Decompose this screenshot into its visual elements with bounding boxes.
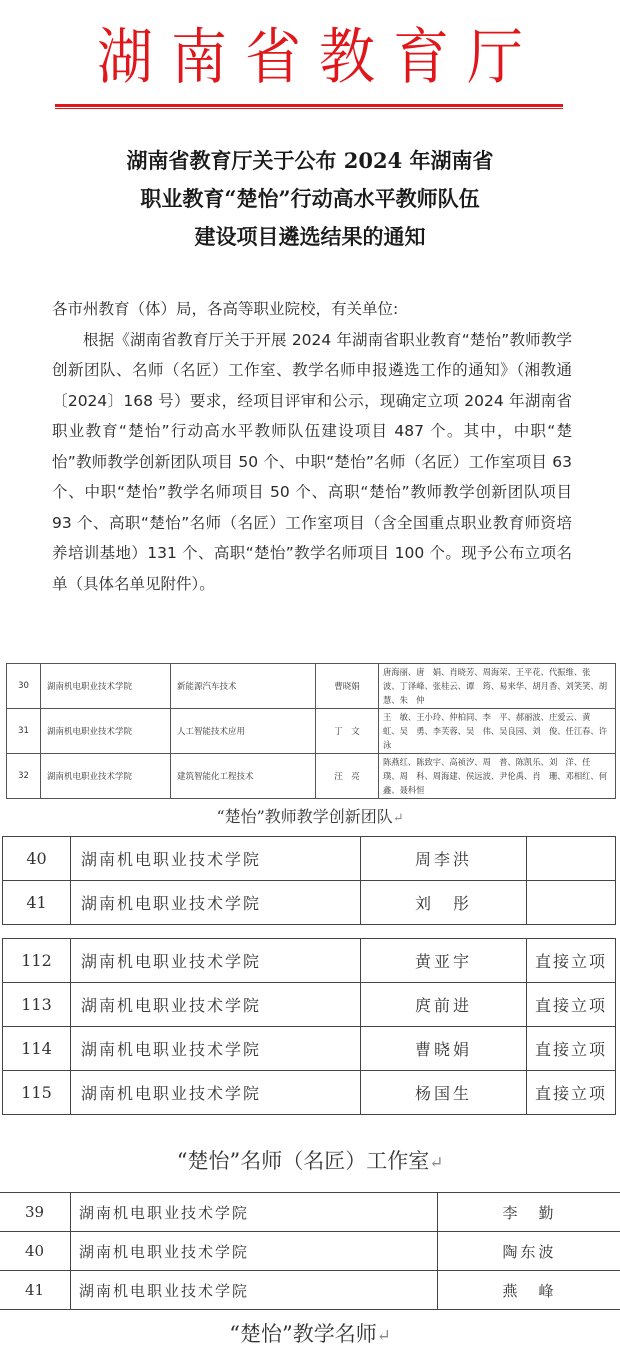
master-studios-table-a: 40 湖南机电职业技术学院 周李洪 41 湖南机电职业技术学院 刘 彤 [2,836,616,925]
letterhead: 湖 南 省 教 育 厅 [0,18,620,98]
caption-text: “楚怡”名师（名匠）工作室 [177,1149,429,1173]
title-line: 职业教育“楚怡”行动高水平教师队伍 [0,180,620,218]
table-row: 115 湖南机电职业技术学院 杨国生 直接立项 [3,1071,616,1115]
teacher-name: 燕 峰 [438,1271,620,1310]
innovation-teams-caption: “楚怡”教师教学创新团队↵ [0,806,620,830]
approval-status: 直接立项 [527,939,616,983]
salutation: 各市州教育（体）局，各高等职业院校，有关单位: [52,294,572,325]
caption-text: “楚怡”教学名师 [229,1322,376,1346]
row-number: 31 [7,709,41,754]
table-row: 41 湖南机电职业技术学院 刘 彤 [3,881,616,925]
school-name: 湖南机电职业技术学院 [71,1232,438,1271]
master-name: 杨国生 [361,1071,527,1115]
letterhead-char: 育 [384,28,458,88]
school-name: 湖南机电职业技术学院 [71,983,361,1027]
body-paragraph: 根据《湖南省教育厅关于开展 2024 年湖南省职业教育“楚怡”教师教学创新团队、… [52,325,572,600]
master-name: 刘 彤 [361,881,527,925]
letterhead-char: 南 [162,28,236,88]
team-leader: 曹晓娟 [316,664,379,709]
master-studios-caption: “楚怡”名师（名匠）工作室↵ [0,1146,620,1177]
master-name: 周李洪 [361,837,527,881]
approval-status: 直接立项 [527,983,616,1027]
table-row: 41 湖南机电职业技术学院 燕 峰 [0,1271,620,1310]
school-name: 湖南机电职业技术学院 [41,664,171,709]
row-number: 113 [3,983,71,1027]
team-leader: 丁 文 [316,709,379,754]
caption-text: “楚怡”教师教学创新团队 [216,807,392,826]
table-row: 40 湖南机电职业技术学院 周李洪 [3,837,616,881]
approval-status: 直接立项 [527,1071,616,1115]
school-name: 湖南机电职业技术学院 [71,939,361,983]
master-name: 黄亚宇 [361,939,527,983]
teaching-masters-table: 39 湖南机电职业技术学院 李 勤 40 湖南机电职业技术学院 陶东波 41 湖… [0,1192,620,1310]
row-number: 39 [0,1193,71,1232]
school-name: 湖南机电职业技术学院 [71,1071,361,1115]
paragraph-return-icon: ↵ [429,1152,443,1172]
row-number: 41 [3,881,71,925]
table-row: 114 湖南机电职业技术学院 曹晓娟 直接立项 [3,1027,616,1071]
school-name: 湖南机电职业技术学院 [71,1271,438,1310]
paragraph-return-icon: ↵ [377,1325,391,1345]
table-row: 39 湖南机电职业技术学院 李 勤 [0,1193,620,1232]
teacher-name: 李 勤 [438,1193,620,1232]
row-number: 40 [0,1232,71,1271]
row-number: 32 [7,754,41,799]
row-number: 115 [3,1071,71,1115]
document-body: 各市州教育（体）局，各高等职业院校，有关单位: 根据《湖南省教育厅关于开展 20… [52,294,572,599]
letterhead-char: 教 [310,28,384,88]
school-name: 湖南机电职业技术学院 [41,709,171,754]
teaching-masters-caption: “楚怡”教学名师↵ [0,1320,620,1349]
major-name: 人工智能技术应用 [171,709,316,754]
row-number: 114 [3,1027,71,1071]
row-number: 41 [0,1271,71,1310]
innovation-teams-table: 30 湖南机电职业技术学院 新能源汽车技术 曹晓娟 唐海丽、唐 娟、肖晓芳、周海… [6,663,616,799]
approval-status [527,881,616,925]
school-name: 湖南机电职业技术学院 [71,837,361,881]
row-number: 40 [3,837,71,881]
letterhead-divider-thick [55,104,563,107]
school-name: 湖南机电职业技术学院 [41,754,171,799]
school-name: 湖南机电职业技术学院 [71,881,361,925]
approval-status [527,837,616,881]
letterhead-char: 省 [236,28,310,88]
approval-status: 直接立项 [527,1027,616,1071]
title-line: 湖南省教育厅关于公布 2024 年湖南省 [0,142,620,180]
document-title: 湖南省教育厅关于公布 2024 年湖南省 职业教育“楚怡”行动高水平教师队伍 建… [0,142,620,256]
letterhead-char: 厅 [458,28,532,88]
team-leader: 汪 亮 [316,754,379,799]
team-members: 唐海丽、唐 娟、肖晓芳、周海荣、王平花、代振维、张 波、丁泽峰、张桂云、谭 筠、… [379,664,616,709]
school-name: 湖南机电职业技术学院 [71,1193,438,1232]
master-studios-table-b: 112 湖南机电职业技术学院 黄亚宇 直接立项 113 湖南机电职业技术学院 庹… [2,938,616,1115]
team-members: 王 敏、王小玲、仲柏同、李 平、郝丽波、庄爱云、黄 虹、吴 勇、李芙蓉、吴 伟、… [379,709,616,754]
table-row: 112 湖南机电职业技术学院 黄亚宇 直接立项 [3,939,616,983]
table-row: 32 湖南机电职业技术学院 建筑智能化工程技术 汪 亮 陈燕红、陈致宇、高祯汐、… [7,754,616,799]
master-name: 庹前进 [361,983,527,1027]
table-row: 31 湖南机电职业技术学院 人工智能技术应用 丁 文 王 敏、王小玲、仲柏同、李… [7,709,616,754]
team-members: 陈燕红、陈致宇、高祯汐、周 普、陈凯乐、刘 洋、任 璞、周 科、周海建、侯远波、… [379,754,616,799]
letterhead-divider-thin [55,108,563,109]
row-number: 30 [7,664,41,709]
major-name: 新能源汽车技术 [171,664,316,709]
school-name: 湖南机电职业技术学院 [71,1027,361,1071]
table-row: 30 湖南机电职业技术学院 新能源汽车技术 曹晓娟 唐海丽、唐 娟、肖晓芳、周海… [7,664,616,709]
table-row: 40 湖南机电职业技术学院 陶东波 [0,1232,620,1271]
row-number: 112 [3,939,71,983]
paragraph-return-icon: ↵ [393,811,404,826]
table-row: 113 湖南机电职业技术学院 庹前进 直接立项 [3,983,616,1027]
master-name: 曹晓娟 [361,1027,527,1071]
teacher-name: 陶东波 [438,1232,620,1271]
letterhead-char: 湖 [88,28,162,88]
title-line: 建设项目遴选结果的通知 [0,218,620,256]
major-name: 建筑智能化工程技术 [171,754,316,799]
